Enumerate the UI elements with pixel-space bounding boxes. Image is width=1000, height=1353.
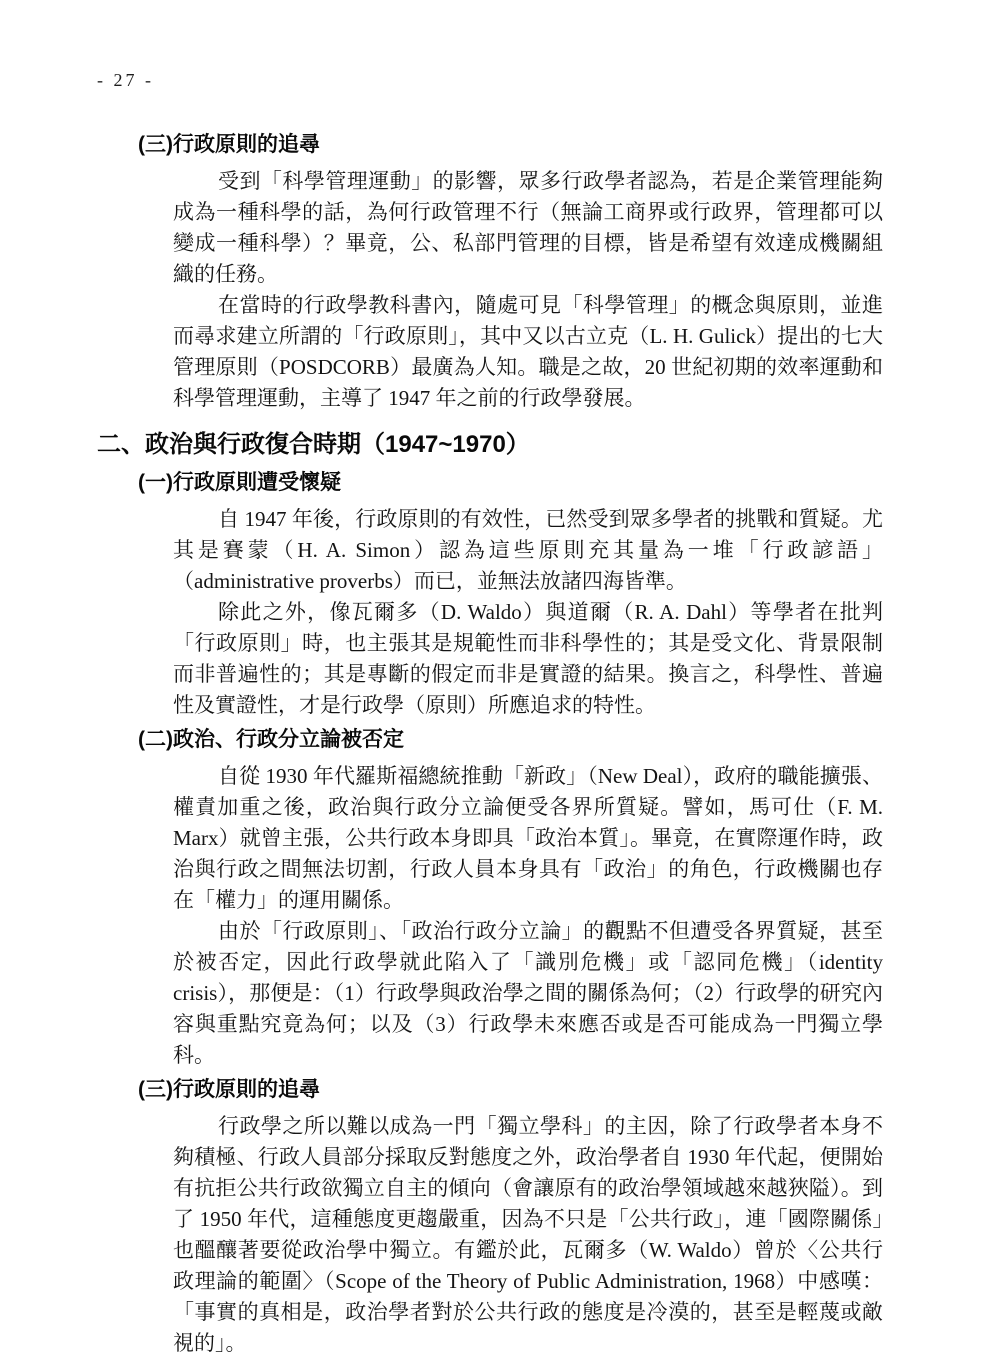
paragraph: 由於「行政原則」、「政治行政分立論」的觀點不但遭受各界質疑，甚至於被否定，因此行… [173,916,883,1071]
sub-heading: (三)行政原則的追尋 [138,1077,887,1103]
sub-heading: (二)政治、行政分立論被否定 [138,727,887,753]
sub-heading: (三)行政原則的追尋 [138,132,887,158]
paragraph: 除此之外，像瓦爾多（D. Waldo）與道爾（R. A. Dahl）等學者在批判… [173,597,883,721]
document-content: (三)行政原則的追尋受到「科學管理運動」的影響，眾多行政學者認為，若是企業管理能… [97,126,887,1353]
page-number: - 27 - [97,70,154,91]
paragraph: 受到「科學管理運動」的影響，眾多行政學者認為，若是企業管理能夠成為一種科學的話，… [173,166,883,290]
paragraph: 自從 1930 年代羅斯福總統推動「新政」（New Deal），政府的職能擴張、… [173,761,883,916]
paragraph: 在當時的行政學教科書內，隨處可見「科學管理」的概念與原則，並進而尋求建立所謂的「… [173,290,883,414]
paragraph: 行政學之所以難以成為一門「獨立學科」的主因，除了行政學者本身不夠積極、行政人員部… [173,1111,883,1353]
paragraph: 自 1947 年後，行政原則的有效性，已然受到眾多學者的挑戰和質疑。尤其是賽蒙（… [173,504,883,597]
section-heading: 二、政治與行政復合時期（1947~1970） [97,430,887,460]
sub-heading: (一)行政原則遭受懷疑 [138,470,887,496]
